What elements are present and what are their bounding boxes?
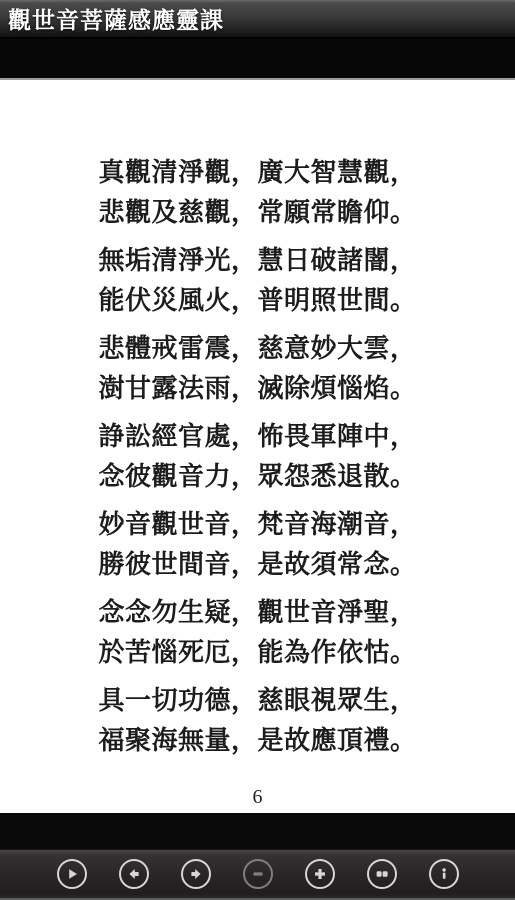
- verse-line: 福聚海無量，是故應頂禮。: [0, 720, 515, 760]
- top-spacer: [0, 39, 515, 80]
- stanza: 具一切功德，慈眼視眾生， 福聚海無量，是故應頂禮。: [0, 680, 515, 760]
- pages-icon: [374, 866, 390, 882]
- arrow-right-icon: [188, 866, 204, 882]
- verse-line: 真觀清淨觀，廣大智慧觀，: [0, 152, 515, 192]
- next-button[interactable]: [181, 859, 211, 889]
- stanza: 真觀清淨觀，廣大智慧觀， 悲觀及慈觀，常願常瞻仰。: [0, 152, 515, 232]
- verse-line: 悲觀及慈觀，常願常瞻仰。: [0, 192, 515, 232]
- bottom-spacer: [0, 813, 515, 849]
- info-icon: [436, 866, 452, 882]
- minus-icon: [250, 866, 266, 882]
- title-bar: 觀世音菩薩感應靈課: [0, 0, 515, 38]
- verse-line: 具一切功德，慈眼視眾生，: [0, 680, 515, 720]
- app-title: 觀世音菩薩感應靈課: [8, 2, 224, 35]
- arrow-left-icon: [126, 866, 142, 882]
- verse-text-block: 真觀清淨觀，廣大智慧觀， 悲觀及慈觀，常願常瞻仰。 無垢清淨光，慧日破諸闇， 能…: [0, 152, 515, 760]
- previous-button[interactable]: [119, 859, 149, 889]
- verse-line: 能伏災風火，普明照世間。: [0, 280, 515, 320]
- verse-line: 於苦惱死厄，能為作依怙。: [0, 632, 515, 672]
- verse-line: 無垢清淨光，慧日破諸闇，: [0, 240, 515, 280]
- verse-line: 妙音觀世音，梵音海潮音，: [0, 504, 515, 544]
- play-icon: [64, 866, 80, 882]
- verse-line: 悲體戒雷震，慈意妙大雲，: [0, 328, 515, 368]
- verse-line: 念念勿生疑，觀世音淨聖，: [0, 592, 515, 632]
- stanza: 諍訟經官處，怖畏軍陣中， 念彼觀音力，眾怨悉退散。: [0, 416, 515, 496]
- zoom-in-button[interactable]: [305, 859, 335, 889]
- page-number: 6: [0, 786, 515, 809]
- stanza: 妙音觀世音，梵音海潮音， 勝彼世間音，是故須常念。: [0, 504, 515, 584]
- play-button[interactable]: [57, 859, 87, 889]
- verse-line: 念彼觀音力，眾怨悉退散。: [0, 456, 515, 496]
- bottom-toolbar: [0, 849, 515, 900]
- document-page[interactable]: 真觀清淨觀，廣大智慧觀， 悲觀及慈觀，常願常瞻仰。 無垢清淨光，慧日破諸闇， 能…: [0, 80, 515, 813]
- stanza: 無垢清淨光，慧日破諸闇， 能伏災風火，普明照世間。: [0, 240, 515, 320]
- stanza: 悲體戒雷震，慈意妙大雲， 澍甘露法雨，滅除煩惱焰。: [0, 328, 515, 408]
- pages-button[interactable]: [367, 859, 397, 889]
- verse-line: 勝彼世間音，是故須常念。: [0, 544, 515, 584]
- zoom-out-button[interactable]: [243, 859, 273, 889]
- stanza: 念念勿生疑，觀世音淨聖， 於苦惱死厄，能為作依怙。: [0, 592, 515, 672]
- verse-line: 澍甘露法雨，滅除煩惱焰。: [0, 368, 515, 408]
- verse-line: 諍訟經官處，怖畏軍陣中，: [0, 416, 515, 456]
- info-button[interactable]: [429, 859, 459, 889]
- plus-icon: [312, 866, 328, 882]
